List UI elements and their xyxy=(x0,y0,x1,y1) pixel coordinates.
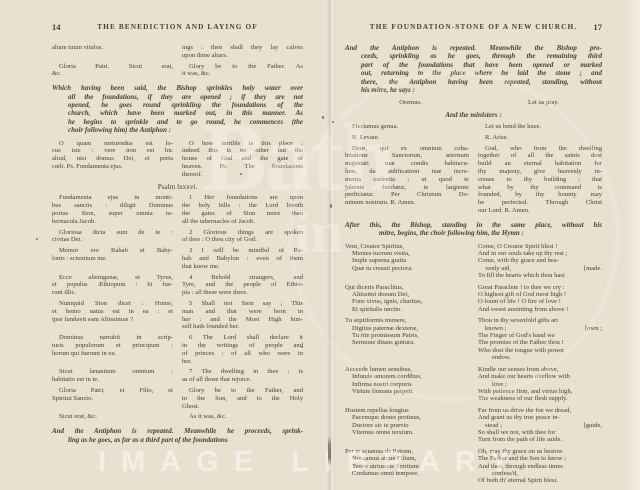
page-left-body: altare tuum vitulos.ings : then shall th… xyxy=(52,44,303,444)
text-line: The weakness of our flesh supply. xyxy=(478,395,602,402)
text-line: turis populorum et principum : xyxy=(52,342,173,350)
parallel-text-row: altare tuum vitulos.ings : then shall th… xyxy=(52,44,303,60)
text-line: To fill the hearts which thou hast xyxy=(478,272,602,279)
text-line: confess'd, xyxy=(478,470,602,477)
text-line: lum, da ædificationi tuæ incre- xyxy=(345,168,469,176)
text-line: Ghost. xyxy=(182,403,303,411)
text-line: civitas Dei. xyxy=(52,236,173,244)
text-line: her : and the Most High him- xyxy=(182,316,303,324)
english-column: 4 Behold strangers, andTyre, and the peo… xyxy=(182,274,303,297)
text-line: Veni, Creator Spiritus, xyxy=(345,243,469,250)
parallel-text-row: Per te sciamus da Patrem,Noscamus atque … xyxy=(345,448,602,485)
parallel-text-row: Accende lumen sensibus,Infunde amorem co… xyxy=(345,366,602,403)
text-line: The Finger of God's hand we xyxy=(478,332,602,339)
text-line: the holy hills : the Lord loveth xyxy=(182,202,303,210)
text-line: R. Arise. xyxy=(478,134,602,142)
parallel-text-row: Deus, qui ex omnium coha-bitatione Sanct… xyxy=(345,145,602,215)
text-line: cus iste : vere non est hic xyxy=(52,147,173,155)
page-number-right: 17 xyxy=(593,22,602,32)
bracket-rhyme-word: [guide, xyxy=(584,422,603,429)
text-fragment: venly aid, xyxy=(485,265,511,272)
page-right-header: 17 THE FOUNDATION-STONE OF A NEW CHURCH. xyxy=(345,22,602,33)
english-column: Oh, may thy grace on us bestowThe Father… xyxy=(478,448,602,485)
text-line: The promise of the Father thou ! xyxy=(478,339,602,346)
book-scan-photo: 14 THE BENEDICTION AND LAYING OF altare … xyxy=(0,0,640,490)
text-line: Memor ero Rahab et Baby- xyxy=(52,247,173,255)
text-line: O fount of life ! O fire of love ! xyxy=(478,298,602,305)
text-line: Vitemus omne noxium. xyxy=(345,429,469,436)
english-column: As it was, &c. xyxy=(182,413,303,421)
text-line: jubente fundatur, te largiente xyxy=(345,184,469,192)
text-line: bus sanctis : diligit Dominus xyxy=(52,202,173,210)
latin-column: altare tuum vitulos. xyxy=(52,44,173,60)
foxing-speck xyxy=(322,116,324,119)
parallel-text-row: O quam metuendus est lo-cus iste : vere … xyxy=(52,140,303,179)
text-line: house of God and the gate of xyxy=(182,155,303,163)
text-line: runt illic. xyxy=(52,289,173,297)
running-title-left: THE BENEDICTION AND LAYING OF xyxy=(52,22,303,31)
text-line: Teque utriusque Spiritum xyxy=(345,463,469,470)
text-line: And the Antiphon is repeated. Meanwhile … xyxy=(52,427,303,435)
latin-column: Hostem repellas longiusPacemque dones pr… xyxy=(345,407,469,444)
parallel-text-row: Veni, Creator Spiritus,Mentes tuorum vis… xyxy=(345,243,602,280)
text-line: love ; xyxy=(478,381,602,388)
text-line: mitre, begins, the choir following him, … xyxy=(345,229,602,237)
text-line: what by thy command is xyxy=(478,184,602,192)
running-title-right: THE FOUNDATION-STONE OF A NEW CHURCH. xyxy=(345,22,602,31)
text-line: 2 Glorious things are spoken xyxy=(182,229,303,237)
text-line: Ecce alienigenæ, et Tyrus, xyxy=(52,274,173,282)
text-line: founded, by thy bounty may xyxy=(478,191,602,199)
text-line: habitatio est in te. xyxy=(52,376,173,384)
text-line: And sweet anointing from above ! xyxy=(478,306,602,313)
text-line: Come, with thy grace and hea- xyxy=(478,257,602,264)
parallel-text-row: Numquid Sion dicet : Homo,et homo natus … xyxy=(52,300,303,331)
rubric: After this, the Bishop, standing in the … xyxy=(345,221,602,238)
text-line: Of both th' eternal Spirit blest. xyxy=(478,477,602,484)
text-line: Gloria Patri. Sicut erat, xyxy=(52,63,173,71)
parallel-text-row: Fundamenta ejus in monti-bus sanctis : d… xyxy=(52,194,303,225)
bracket-rhyme-word: [own ; xyxy=(585,325,602,332)
text-line: Imple superna gratia xyxy=(345,257,469,264)
text-line: church, which have been marked out, in t… xyxy=(52,109,303,117)
text-line: minum nostrum. R. Amen. xyxy=(345,199,469,207)
text-line: Let us pray. xyxy=(478,99,602,107)
parallel-text-row: Gloria Patri. Sicut erat,&c.Glory be to … xyxy=(52,63,303,79)
text-line: Qui diceris Paraclitus, xyxy=(345,284,469,291)
text-line: Hostem repellas longius xyxy=(345,407,469,414)
text-line: Fons vivus, ignis, charitas, xyxy=(345,298,469,305)
text-line: And the Antiphon is repeated. Meanwhile … xyxy=(345,44,602,52)
text-line: Kindle our senses from above, xyxy=(478,366,602,373)
english-column: 1 Her foundations are uponthe holy hills… xyxy=(182,194,303,225)
page-right-body: And the Antiphon is repeated. Meanwhile … xyxy=(345,44,602,485)
text-line: thereof. xyxy=(182,171,303,179)
text-line: Noscamus atque Filium, xyxy=(345,455,469,462)
text-line: Tyre, and the people of Ethio- xyxy=(182,281,303,289)
text-line: Dominus narrabit in scrip- xyxy=(52,334,173,342)
latin-column: Ecce alienigenæ, et Tyrus,et populus Æth… xyxy=(52,274,173,297)
text-line: Come, O Creator Spirit blest ! xyxy=(478,243,602,250)
text-line: Tu rite promissum Patris, xyxy=(345,332,469,339)
text-line: aliud, nisi domus Dei, et porta xyxy=(52,155,173,163)
latin-column: Sicut erat, &c. xyxy=(52,413,173,421)
text-line: And grant us thy true peace in- xyxy=(478,414,602,421)
english-column: Thou in thy sevenfold gifts artknown ;[o… xyxy=(478,317,602,361)
text-line: Spiritui Sancto. xyxy=(52,395,173,403)
text-line: Infunde amorem cordibus, xyxy=(345,373,469,380)
text-line: After this, the Bishop, standing in the … xyxy=(345,221,602,229)
rubric: Which having been said, the Bishop sprin… xyxy=(52,84,303,134)
text-line: ings : then shall they lay calves xyxy=(182,44,303,52)
text-line: Oremus. xyxy=(345,99,469,107)
english-column: Kindle our senses from above,And make ou… xyxy=(478,366,602,403)
text-line: 4 Behold strangers, and xyxy=(182,274,303,282)
text-line: et homo natus est in ea : et xyxy=(52,308,173,316)
text-line: of princes : of all who were in xyxy=(182,350,303,358)
text-line: With patience firm, and virtue high, xyxy=(478,388,602,395)
text-line: menta cœlestia ; ut quod te xyxy=(345,176,469,184)
text-line: Flectamus genua. xyxy=(345,123,469,131)
text-fragment: known ; xyxy=(485,325,506,332)
foxing-speck xyxy=(301,346,303,348)
text-line: his mitre, he says : xyxy=(345,86,602,94)
english-column: Let us bend the knee. xyxy=(478,123,602,131)
text-fragment: stead ; xyxy=(485,422,502,429)
parallel-text-row: Gloriosa dicta sunt de te :civitas Dei.2… xyxy=(52,229,303,245)
english-column: God, who from the dwellingtogether of al… xyxy=(478,145,602,215)
text-line: Altissimi donum Dei, xyxy=(345,291,469,298)
parallel-text-row: Dominus narrabit in scrip-turis populoru… xyxy=(52,334,303,365)
latin-column: Dominus narrabit in scrip-turis populoru… xyxy=(52,334,173,365)
text-line: all the foundations, if they are opened … xyxy=(52,93,303,101)
parallel-text-row: R. Levate.R. Arise. xyxy=(345,134,602,142)
text-line: hab and Babylon : even of them xyxy=(182,255,303,263)
latin-column: Veni, Creator Spiritus,Mentes tuorum vis… xyxy=(345,243,469,280)
text-line: et populus Æthiopum : hi fue- xyxy=(52,281,173,289)
text-line: Glory be to the Father, and xyxy=(182,387,303,395)
text-line: heaven. Ps. The foundations xyxy=(182,163,303,171)
latin-column: Numquid Sion dicet : Homo,et homo natus … xyxy=(52,300,173,331)
text-line: self hath founded her. xyxy=(182,323,303,331)
centered-heading: Psalm lxxxvi. xyxy=(52,183,303,192)
text-line: As it was, &c. xyxy=(182,413,303,421)
bracket-rhyme-word: [made. xyxy=(584,265,602,272)
text-line: Digitus paternæ dexteræ, xyxy=(345,325,469,332)
text-line: Thou in thy sevenfold gifts art xyxy=(478,317,602,324)
latin-column: Flectamus genua. xyxy=(345,123,469,131)
text-line: Ductore sic te prævio xyxy=(345,422,469,429)
parallel-text-row: Tu septiformis munere,Digitus paternæ de… xyxy=(345,317,602,361)
latin-column: Gloria Patri, et Filio, etSpiritui Sanct… xyxy=(52,387,173,410)
text-line: man and that were born in xyxy=(182,308,303,316)
text-line: Sermone ditans guttura. xyxy=(345,339,469,346)
text-line: 3 I will be mindful of Ra- xyxy=(182,247,303,255)
foxing-speck xyxy=(330,204,332,208)
text-line: 6 The Lord shall declare it xyxy=(182,334,303,342)
english-column: Let us pray. xyxy=(478,99,602,107)
text-line: choir following him) the Antiphon : xyxy=(52,126,303,134)
text-line: ling as he goes, as far as a third part … xyxy=(52,436,303,444)
latin-column: Accende lumen sensibus,Infunde amorem co… xyxy=(345,366,469,403)
text-line: Pacemque dones protinus, xyxy=(345,414,469,421)
foxing-speck xyxy=(36,238,38,240)
text-line: perficiatur. Per Christum Do- xyxy=(345,191,469,199)
english-column: Great Paraclete ! to thee we cry :O high… xyxy=(478,284,602,314)
text-line: the gates of Sion more than xyxy=(182,210,303,218)
text-line: horum qui fuerunt in ea. xyxy=(52,350,173,358)
latin-column: Oremus. xyxy=(345,99,469,107)
english-column: O how terrible is this place :indeed thi… xyxy=(182,140,303,179)
latin-column: Fundamenta ejus in monti-bus sanctis : d… xyxy=(52,194,173,225)
text-line: stead ;[guide, xyxy=(478,422,602,429)
text-line: opened, he goes round sprinkling the fou… xyxy=(52,101,303,109)
text-line: as of all those that rejoice. xyxy=(182,376,303,384)
english-column: ings : then shall they lay calvesupon th… xyxy=(182,44,303,60)
text-line: Tu septiformis munere, xyxy=(345,317,469,324)
parallel-text-row: Qui diceris Paraclitus,Altissimi donum D… xyxy=(345,284,602,314)
text-line: portas Sion, super omnia ta- xyxy=(52,210,173,218)
text-line: altare tuum vitulos. xyxy=(52,44,173,52)
text-line: known ;[own ; xyxy=(478,325,602,332)
text-line: And make our hearts o'erflow with xyxy=(478,373,602,380)
text-line: Credamus omni tempore. xyxy=(345,470,469,477)
text-line: Gloriosa dicta sunt de te : xyxy=(52,229,173,237)
text-line: crease to thy building ; that xyxy=(478,176,602,184)
text-line: upon thine altars. xyxy=(182,52,303,60)
rubric: And the Antiphon is repeated. Meanwhile … xyxy=(52,427,303,444)
text-line: all the tabernacles of Jacob. xyxy=(182,218,303,226)
text-line: be perfected. Through Christ xyxy=(478,199,602,207)
page-edge-highlight xyxy=(626,0,640,490)
parallel-text-row: Sicut lætantium omnium :habitatio est in… xyxy=(52,368,303,384)
english-column: Come, O Creator Spirit blest !And in our… xyxy=(478,243,602,280)
text-line: ipse fundavit eam Altissimus ? xyxy=(52,316,173,324)
text-line: endow. xyxy=(478,354,602,361)
text-line: 5 Shall not Sion say ; This xyxy=(182,300,303,308)
text-line: Far from us drive the foe we dread, xyxy=(478,407,602,414)
text-line: thy majesty, give heavenly in- xyxy=(478,168,602,176)
text-line: Turn from the path of life aside. xyxy=(478,436,602,443)
text-line: God, who from the dwelling xyxy=(478,145,602,153)
text-line: bitatione Sanctorum, æternum xyxy=(345,152,469,160)
latin-column: Sicut lætantium omnium :habitatio est in… xyxy=(52,368,173,384)
text-line: our Lord. R. Amen. xyxy=(478,207,602,215)
text-line: Sicut erat, &c. xyxy=(52,413,173,421)
text-line: The Father and the Son to know ; xyxy=(478,455,602,462)
text-line: Fundamenta ejus in monti- xyxy=(52,194,173,202)
foxing-speck xyxy=(240,173,242,175)
text-line: So shall we not, with thee for xyxy=(478,429,602,436)
text-line: lonis : scientium me. xyxy=(52,255,173,263)
text-line: &c. xyxy=(52,70,173,78)
text-line: Virtute firmans perpeti. xyxy=(345,388,469,395)
parallel-text-row: Sicut erat, &c.As it was, &c. xyxy=(52,413,303,421)
text-line: Glory be to the Father. As xyxy=(182,63,303,71)
text-line: Infirma nostri corporis xyxy=(345,381,469,388)
text-line: bernacula Jacob. xyxy=(52,218,173,226)
text-line: O highest gift of God most high ! xyxy=(478,291,602,298)
english-column: 2 Glorious things are spokenof thee : O … xyxy=(182,229,303,245)
text-line: Per te sciamus da Patrem, xyxy=(345,448,469,455)
text-line: R. Levate. xyxy=(345,134,469,142)
text-line: in the writings of people and xyxy=(182,342,303,350)
text-line: And thee, through endless times xyxy=(478,463,602,470)
centered-heading: And the ministers : xyxy=(345,111,602,120)
text-line: Deus, qui ex omnium coha- xyxy=(345,145,469,153)
text-line: it was, &c. xyxy=(182,70,303,78)
latin-column: Deus, qui ex omnium coha-bitatione Sanct… xyxy=(345,145,469,215)
text-line: Sicut lætantium omnium : xyxy=(52,368,173,376)
text-line: 1 Her foundations are upon xyxy=(182,194,303,202)
text-line: venly aid,[made. xyxy=(478,265,602,272)
latin-column: Per te sciamus da Patrem,Noscamus atque … xyxy=(345,448,469,485)
text-line: Numquid Sion dicet : Homo, xyxy=(52,300,173,308)
text-line: that know me. xyxy=(182,263,303,271)
text-line: Let us bend the knee. xyxy=(478,123,602,131)
parallel-text-row: Oremus.Let us pray. xyxy=(345,99,602,107)
text-line: of thee : O thou city of God. xyxy=(182,236,303,244)
foxing-speck xyxy=(332,121,334,123)
latin-column: Gloriosa dicta sunt de te :civitas Dei. xyxy=(52,229,173,245)
text-line: there, the Antiphon having been repeated… xyxy=(345,78,602,86)
latin-column: Tu septiformis munere,Digitus paternæ de… xyxy=(345,317,469,361)
text-line: O how terrible is this place : xyxy=(182,140,303,148)
page-left-header: 14 THE BENEDICTION AND LAYING OF xyxy=(52,22,303,33)
text-line: Quæ tu creasti pectora. xyxy=(345,265,469,272)
text-line: Great Paraclete ! to thee we cry : xyxy=(478,284,602,291)
parallel-text-row: Hostem repellas longiusPacemque dones pr… xyxy=(345,407,602,444)
text-line: out, returning to the place where he lai… xyxy=(345,69,602,77)
latin-column: O quam metuendus est lo-cus iste : vere … xyxy=(52,140,173,179)
text-line: Which having been said, the Bishop sprin… xyxy=(52,84,303,92)
rubric: And the Antiphon is repeated. Meanwhile … xyxy=(345,44,602,94)
text-line: 7 The dwelling in thee : is xyxy=(182,368,303,376)
english-column: 6 The Lord shall declare itin the writin… xyxy=(182,334,303,365)
gutter-crack xyxy=(328,436,331,466)
english-column: Glory be to the Father. Asit was, &c. xyxy=(182,63,303,79)
text-line: O quam metuendus est lo- xyxy=(52,140,173,148)
latin-column: Memor ero Rahab et Baby-lonis : scientiu… xyxy=(52,247,173,270)
english-column: 7 The dwelling in thee : isas of all tho… xyxy=(182,368,303,384)
text-line: he begins to sprinkle and to go round, h… xyxy=(52,118,303,126)
text-line: indeed this is no other but the xyxy=(182,147,303,155)
text-line: Who dost the tongue with power xyxy=(478,347,602,354)
parallel-text-row: Flectamus genua.Let us bend the knee. xyxy=(345,123,602,131)
english-column: Far from us drive the foe we dread,And g… xyxy=(478,407,602,444)
text-line: ceeds, sprinkling as he goes, through th… xyxy=(345,52,602,60)
text-line: cœli. Ps. Fundamenta ejus. xyxy=(52,163,173,171)
text-line: part of the foundations that have been o… xyxy=(345,61,602,69)
text-line: her. xyxy=(182,358,303,366)
text-line: Mentes tuorum visita, xyxy=(345,250,469,257)
parallel-text-row: Ecce alienigenæ, et Tyrus,et populus Æth… xyxy=(52,274,303,297)
text-line: together of all the saints dost xyxy=(478,152,602,160)
text-line: Gloria Patri, et Filio, et xyxy=(52,387,173,395)
english-column: Glory be to the Father, andto the Son, a… xyxy=(182,387,303,410)
text-line: build an eternal habitation for xyxy=(478,160,602,168)
text-line: Et spiritalis unctio. xyxy=(345,306,469,313)
latin-column: R. Levate. xyxy=(345,134,469,142)
english-column: R. Arise. xyxy=(478,134,602,142)
text-line: Oh, may thy grace on us bestow xyxy=(478,448,602,455)
english-column: 3 I will be mindful of Ra-hab and Babylo… xyxy=(182,247,303,270)
page-left: 14 THE BENEDICTION AND LAYING OF altare … xyxy=(52,22,303,449)
page-number-left: 14 xyxy=(52,22,61,32)
page-right: 17 THE FOUNDATION-STONE OF A NEW CHURCH.… xyxy=(345,22,602,489)
latin-column: Qui diceris Paraclitus,Altissimi donum D… xyxy=(345,284,469,314)
parallel-text-row: Gloria Patri, et Filio, etSpiritui Sanct… xyxy=(52,387,303,410)
english-column: 5 Shall not Sion say ; Thisman and that … xyxy=(182,300,303,331)
page-gutter-crease xyxy=(327,0,335,490)
text-line: majestati tuæ condis habitacu- xyxy=(345,160,469,168)
text-line: to the Son, and to the Holy xyxy=(182,395,303,403)
text-line: Accende lumen sensibus, xyxy=(345,366,469,373)
text-line: And in our souls take up thy rest ; xyxy=(478,250,602,257)
latin-column: Gloria Patri. Sicut erat,&c. xyxy=(52,63,173,79)
parallel-text-row: Memor ero Rahab et Baby-lonis : scientiu… xyxy=(52,247,303,270)
text-line: pia : all these were there. xyxy=(182,289,303,297)
